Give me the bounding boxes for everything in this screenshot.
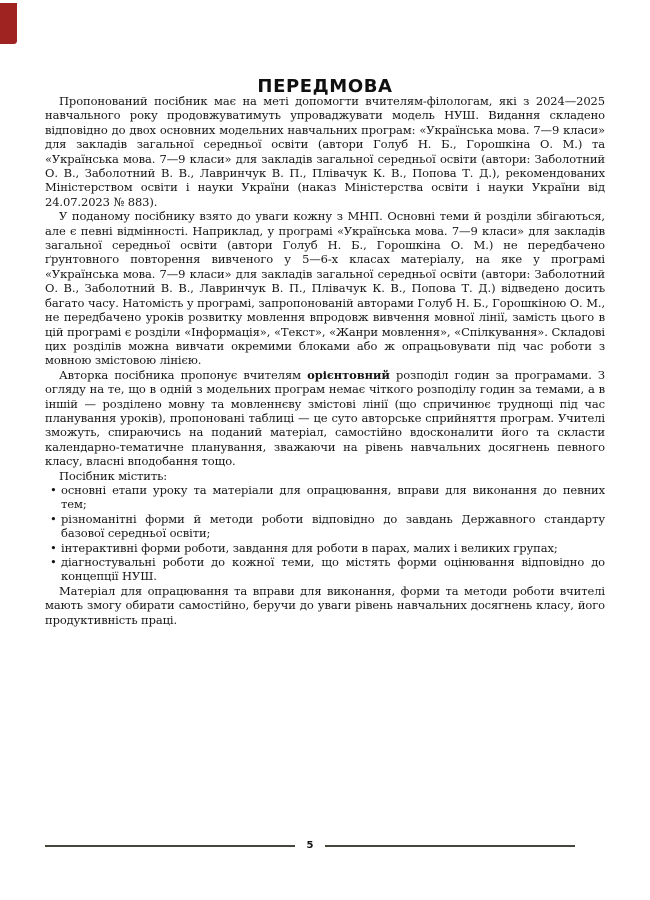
paragraph-text: Пропонований посібник має на меті допомо… (45, 94, 605, 209)
list-item: • діагностувальні роботи до кожної теми,… (50, 555, 605, 584)
list-intro-text: Посібник містить: (59, 469, 167, 483)
list-item: • основні етапи уроку та матеріали для о… (50, 483, 605, 512)
page-body: Пропонований посібник має на меті допомо… (45, 94, 605, 627)
paragraph: У поданому посібнику взято до уваги кожн… (45, 209, 605, 367)
chapter-edge-tab (0, 3, 17, 44)
paragraph-text: розподіл годин за програмами. З огляду н… (45, 368, 605, 468)
list-item-text: діагностувальні роботи до кожної теми, щ… (61, 555, 605, 583)
footer-rule-right (325, 845, 575, 847)
footer-rule-left (45, 845, 295, 847)
features-list: • основні етапи уроку та матеріали для о… (45, 483, 605, 584)
bullet-icon: • (50, 541, 57, 555)
list-item-text: різноманітні форми й методи роботи відпо… (61, 512, 605, 540)
book-page: ПЕРЕДМОВА Пропонований посібник має на м… (0, 0, 650, 900)
list-intro: Посібник містить: (45, 469, 605, 483)
paragraph: Авторка посібника пропонує вчителям оріє… (45, 368, 605, 469)
list-item-text: інтерактивні форми роботи, завдання для … (61, 541, 558, 555)
paragraph-text: У поданому посібнику взято до уваги кожн… (45, 209, 605, 367)
bullet-icon: • (50, 512, 57, 526)
paragraph-text: Матеріал для опрацювання та вправи для в… (45, 584, 605, 627)
list-item-text: основні етапи уроку та матеріали для опр… (61, 483, 605, 511)
paragraph-text: Авторка посібника пропонує вчителям (59, 368, 307, 382)
emphasized-word: орієнтовний (307, 368, 390, 382)
paragraph: Пропонований посібник має на меті допомо… (45, 94, 605, 209)
page-footer: 5 (45, 840, 575, 852)
bullet-icon: • (50, 483, 57, 497)
page-number: 5 (307, 841, 314, 851)
list-item: • різноманітні форми й методи роботи від… (50, 512, 605, 541)
paragraph: Матеріал для опрацювання та вправи для в… (45, 584, 605, 627)
list-item: • інтерактивні форми роботи, завдання дл… (50, 541, 605, 555)
bullet-icon: • (50, 555, 57, 569)
